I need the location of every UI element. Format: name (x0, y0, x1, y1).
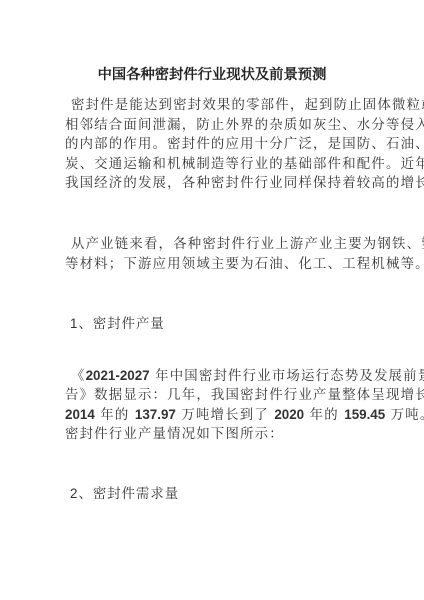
paragraph-line: 从产业链来看，各种密封件行业上游产业主要为钢铁、塑料、橡胶 (65, 235, 363, 255)
paragraph-line: 我国经济的发展，各种密封件行业同样保持着较高的增长。 (65, 174, 363, 194)
text: 万吨。近几年我国 (385, 408, 424, 423)
paragraph-line: 告》数据显示：几年，我国密封件行业产量整体呈现增长态势，从 (65, 386, 363, 406)
production-2014-value: 137.97 (135, 407, 176, 422)
year-2020: 2020 (274, 407, 304, 422)
text: 年的 (95, 408, 135, 423)
paragraph-intro: 密封件是能达到密封效果的零部件，起到防止固体微粒或者流体从 相邻结合面间泄漏，防… (65, 96, 363, 194)
report-title-text: 年中国密封件行业市场运行态势及发展前景研究报 (150, 369, 424, 384)
document-page: 中国各种密封件行业现状及前景预测 密封件是能达到密封效果的零部件，起到防止固体微… (0, 0, 424, 600)
report-years: 2021-2027 (86, 368, 150, 383)
year-2014: 2014 (65, 407, 95, 422)
paragraph-industry-chain: 从产业链来看，各种密封件行业上游产业主要为钢铁、塑料、橡胶 等材料；下游应用领域… (65, 235, 363, 274)
document-title: 中国各种密封件行业现状及前景预测 (0, 65, 424, 85)
paragraph-line: 密封件行业产量情况如下图所示： (65, 425, 363, 445)
paragraph-line: 相邻结合面间泄漏，防止外界的杂质如灰尘、水分等侵入机器设备 (65, 116, 363, 136)
production-2020-value: 159.45 (344, 407, 385, 422)
paragraph-line: 等材料；下游应用领域主要为石油、化工、工程机械等。 (65, 255, 363, 275)
paragraph-line: 2014 年的 137.97 万吨增长到了 2020 年的 159.45 万吨。… (65, 405, 363, 425)
paragraph-line: 密封件是能达到密封效果的零部件，起到防止固体微粒或者流体从 (65, 96, 363, 116)
section-number: 1、 (70, 316, 93, 331)
paragraph-production-data: 《2021-2027 年中国密封件行业市场运行态势及发展前景研究报 告》数据显示… (65, 366, 363, 444)
text: 年的 (304, 408, 344, 423)
section-number: 2、 (70, 486, 93, 501)
book-title-open-mark: 《 (71, 369, 86, 384)
section-title: 密封件产量 (93, 317, 165, 332)
section-heading-production: 1、密封件产量 (70, 314, 165, 335)
paragraph-line: 《2021-2027 年中国密封件行业市场运行态势及发展前景研究报 (65, 366, 363, 386)
section-title: 密封件需求量 (93, 487, 179, 502)
paragraph-line: 的内部的作用。密封件的应用十分广泛，是国防、石油、化工、煤 (65, 135, 363, 155)
section-heading-demand: 2、密封件需求量 (70, 484, 179, 505)
paragraph-line: 炭、交通运输和机械制造等行业的基础部件和配件。近年来，随着 (65, 155, 363, 175)
text: 万吨增长到了 (176, 408, 274, 423)
